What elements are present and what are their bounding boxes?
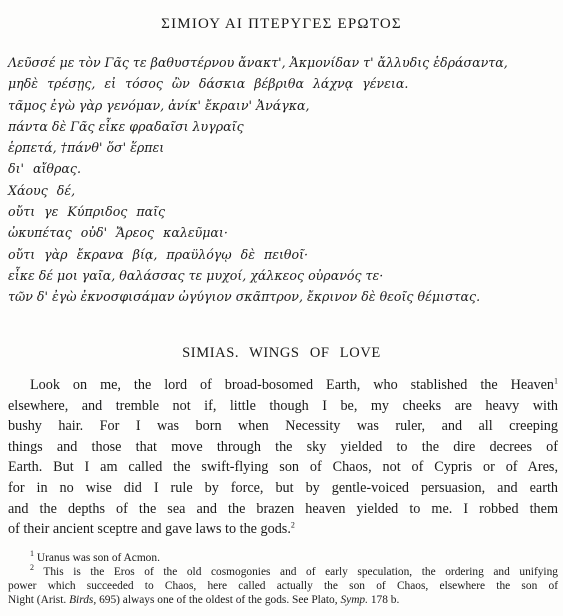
english-line-8: of their ancient sceptre and gave laws t…	[8, 519, 558, 540]
citation-work-birds: Birds,	[69, 594, 96, 606]
footnote-2-line-2: power which succeeded to Chaos, here cal…	[8, 579, 558, 593]
citation-work-symp: Symp.	[340, 594, 368, 606]
greek-line-12: τῶν δ' ἐγὼ ἐκνοσφισάμαν ὠγύγιον σκᾶπτρον…	[8, 286, 563, 307]
footnote-marker-2: 2	[30, 563, 34, 572]
greek-poem-title: ΣΙΜΙΟΥ ΑΙ ΠΤΕΡΥΓΕΣ ΕΡΩΤΟΣ	[0, 16, 563, 33]
greek-line-2: μηδὲ τρέσῃς, εἰ τόσος ὢν δάσκια βέβριθα …	[8, 73, 563, 94]
english-translation-text: Look on me, the lord of broad-bosomed Ea…	[8, 375, 558, 540]
english-line-2: elsewhere, and tremble not if, little th…	[8, 396, 558, 417]
greek-line-5: ἑρπετά, †πάνθ' ὅσ' ἕρπει	[8, 137, 563, 158]
greek-poem-text: Λεῦσσέ με τὸν Γᾶς τε βαθυστέρνου ἄνακτ',…	[8, 52, 563, 308]
greek-line-11: εἶκε δέ μοι γαῖα, θαλάσσας τε μυχοί, χάλ…	[8, 265, 563, 286]
greek-line-7: Χάους δέ,	[8, 180, 563, 201]
english-translation-title: SIMIAS. WINGS OF LOVE	[0, 345, 563, 362]
english-line-5: Earth. But I am called the swift-flying …	[8, 457, 558, 478]
citation-author: Arist.	[41, 594, 67, 606]
english-line-7: and the depths of the sea and the brazen…	[8, 499, 558, 520]
greek-line-4: πάντα δὲ Γᾶς εἶκε φραδαῖσι λυγραῖς	[8, 116, 563, 137]
english-line-3: bushy hair. For I was born when Necessit…	[8, 416, 558, 437]
footnote-marker-1: 1	[30, 549, 34, 558]
greek-line-1: Λεῦσσέ με τὸν Γᾶς τε βαθυστέρνου ἄνακτ',…	[8, 52, 563, 73]
footnotes: 1 Uranus was son of Acmon. 2 This is the…	[8, 551, 558, 607]
footnote-1: 1 Uranus was son of Acmon.	[8, 551, 558, 565]
footnote-2-line-1: 2 This is the Eros of the old cosmogonie…	[8, 565, 558, 579]
greek-line-6: δι' αἴθρας.	[8, 158, 563, 179]
greek-line-8: οὔτι γε Κύπριδος παῖς	[8, 201, 563, 222]
greek-line-3: τᾶμος ἐγὼ γὰρ γενόμαν, ἀνίκ' ἔκραιν' Ἀνά…	[8, 95, 563, 116]
footnote-ref-2[interactable]: 2	[291, 520, 295, 529]
greek-line-10: οὔτι γὰρ ἔκρανα βίᾳ, πραϋλόγῳ δὲ πειθοῖ·	[8, 244, 563, 265]
footnote-2-line-3: Night (Arist. Birds, 695) always one of …	[8, 593, 558, 607]
greek-line-9: ὠκυπέτας οὐδ' Ἄρεος καλεῦμαι·	[8, 222, 563, 243]
footnote-ref-1[interactable]: 1	[554, 376, 558, 385]
english-line-1: Look on me, the lord of broad-bosomed Ea…	[8, 375, 558, 396]
english-line-6: for in no wise did I rule by force, but …	[8, 478, 558, 499]
book-page: ΣΙΜΙΟΥ ΑΙ ΠΤΕΡΥΓΕΣ ΕΡΩΤΟΣ Λεῦσσέ με τὸν …	[0, 0, 563, 616]
english-line-4: things and those that move through the s…	[8, 437, 558, 458]
